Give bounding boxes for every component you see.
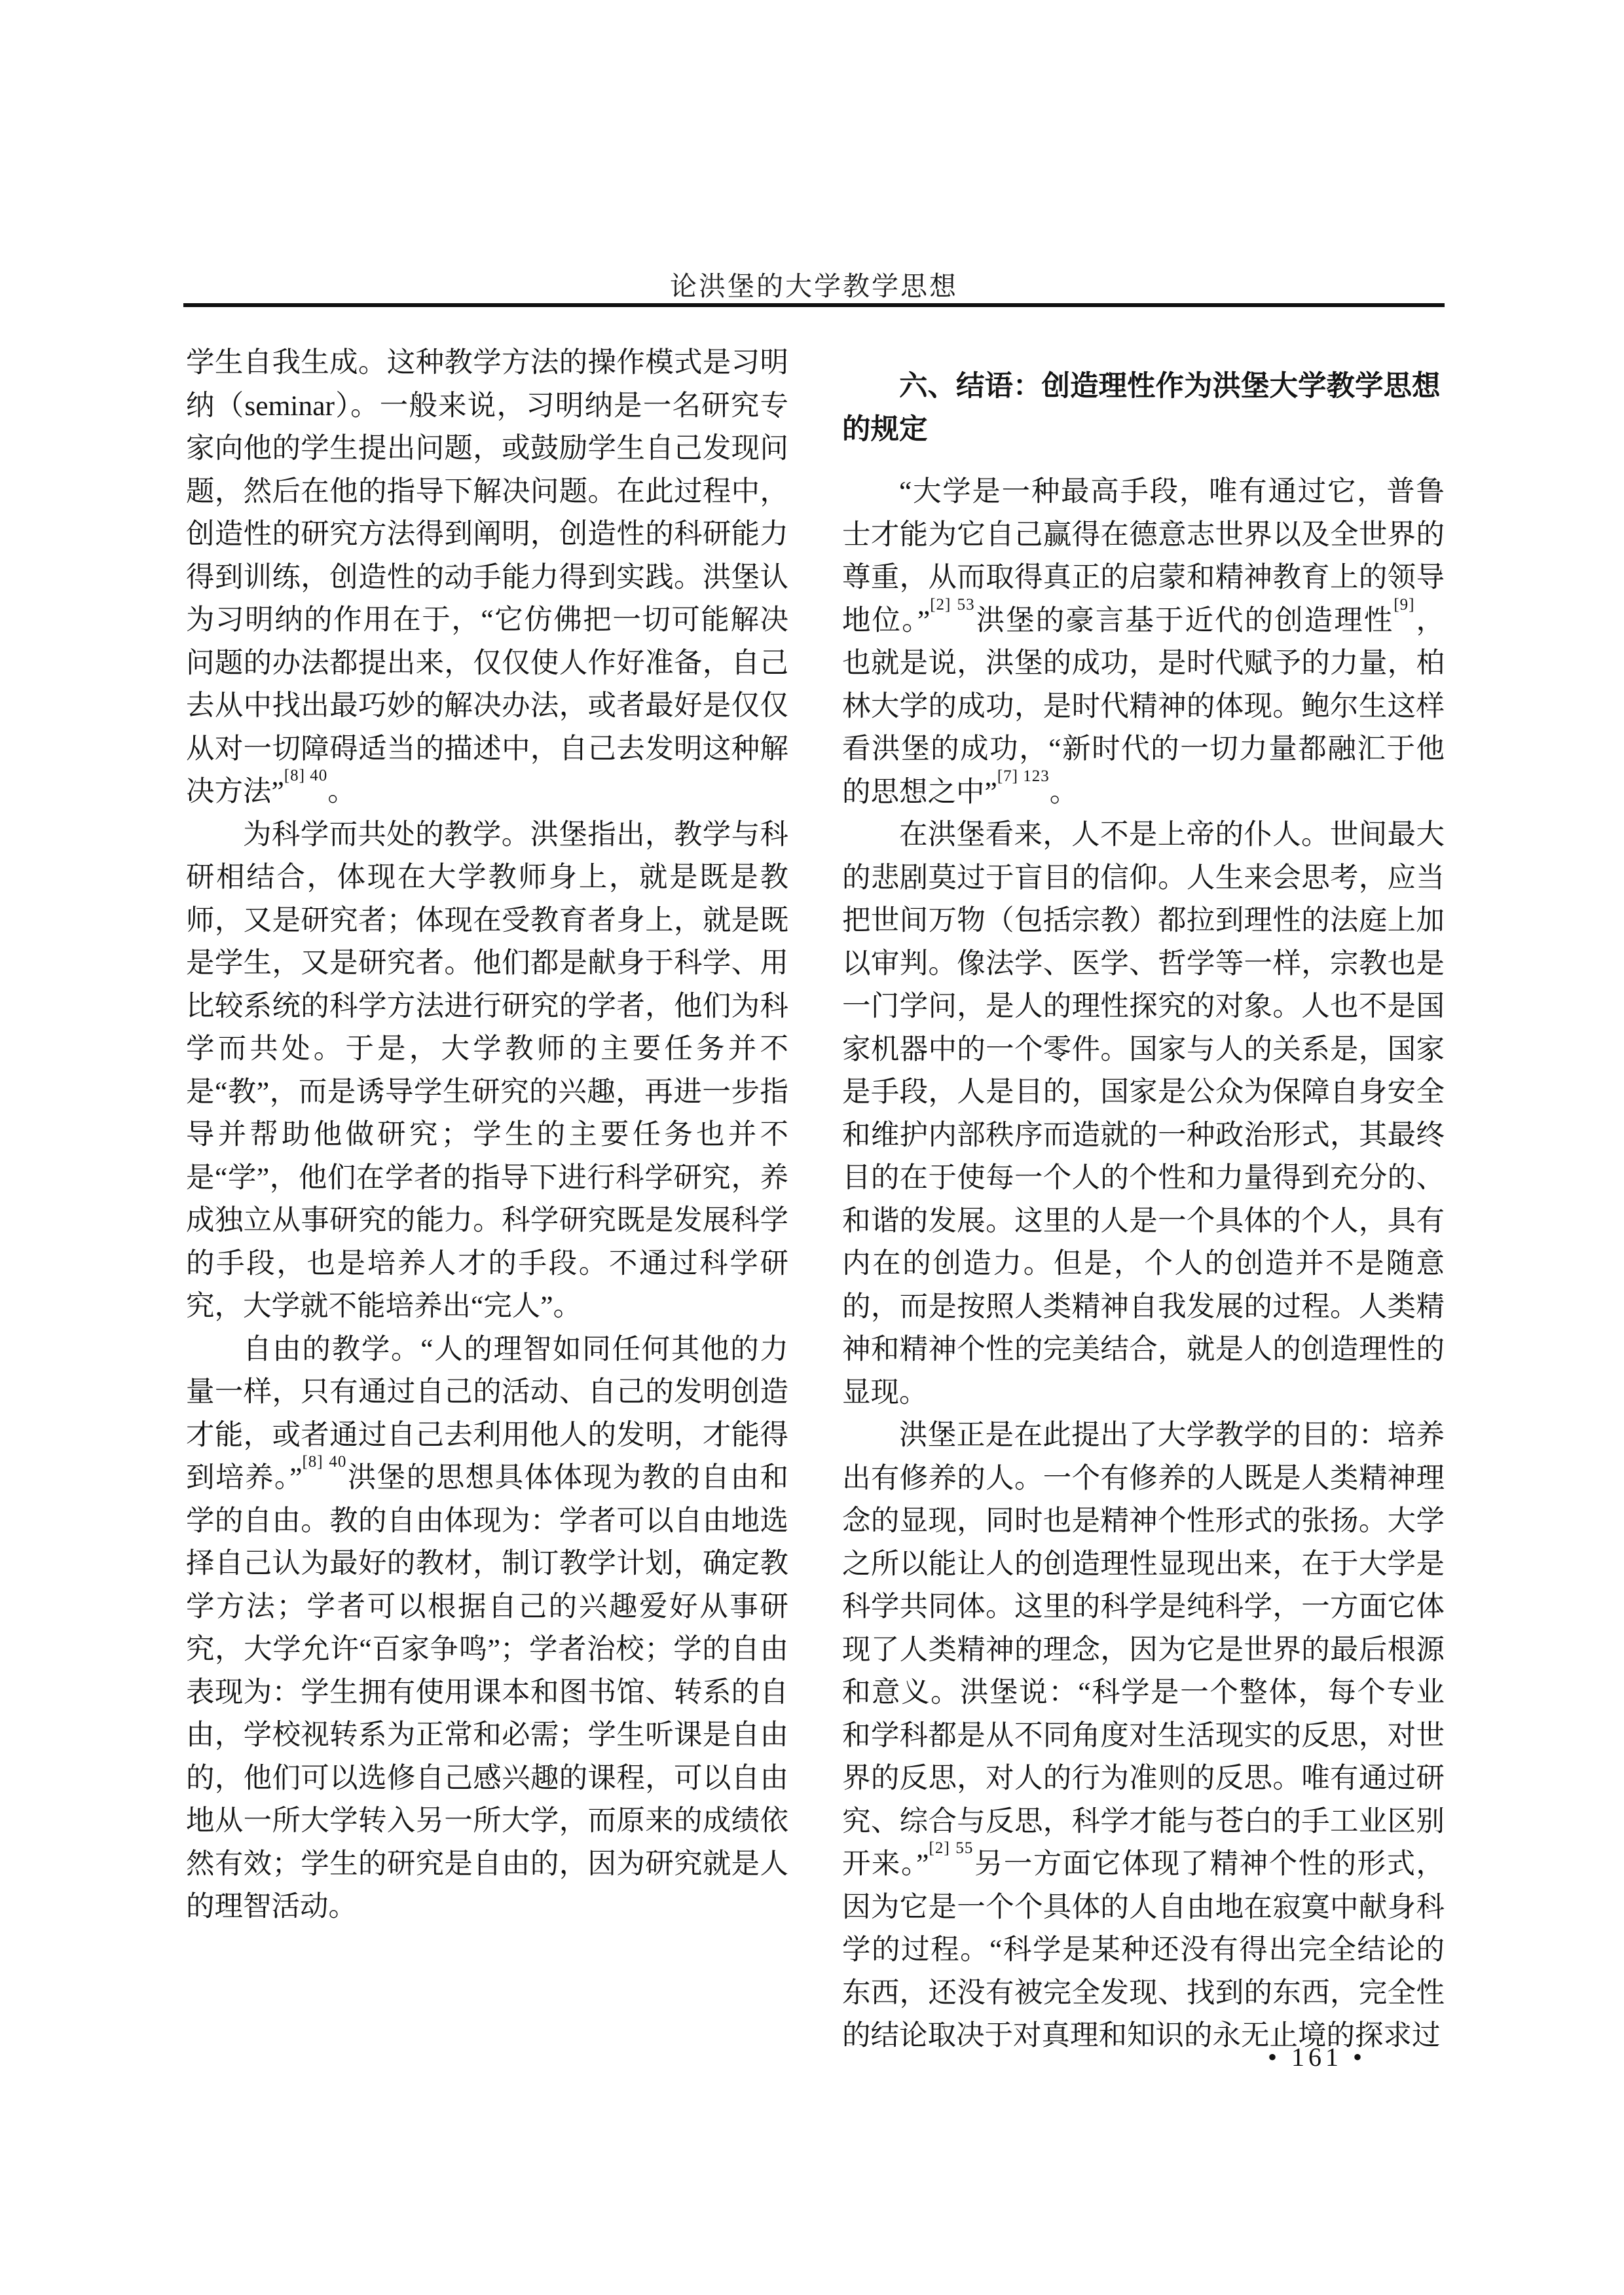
text-run: 学生自我生成。这种教学方法的操作模式是习明纳（seminar）。一般来说，习明纳… <box>186 347 788 807</box>
text-run: 洪堡正是在此提出了大学教学的目的：培养出有修养的人。一个有修养的人既是人类精神理… <box>842 1420 1445 1880</box>
scanned-paper-page: { "header": { "title": "论洪堡的大学教学思想" }, "… <box>0 0 1624 2295</box>
running-header-title: 论洪堡的大学教学思想 <box>183 265 1445 303</box>
page-number: • 161 • <box>842 2042 1405 2072</box>
text-run: 在洪堡看来，人不是上帝的仆人。世间最大的悲剧莫过于盲目的信仰。人生来会思考，应当… <box>842 819 1445 1408</box>
citation-marker: [7] 123 <box>997 767 1050 785</box>
paragraph: 在洪堡看来，人不是上帝的仆人。世间最大的悲剧莫过于盲目的信仰。人生来会思考，应当… <box>842 814 1445 1414</box>
text-run: 。 <box>1050 777 1079 808</box>
paragraph: 学生自我生成。这种教学方法的操作模式是习明纳（seminar）。一般来说，习明纳… <box>186 342 788 814</box>
text-run: 洪堡的豪言基于近代的创造理性 <box>975 605 1394 636</box>
text-run: 。 <box>327 776 356 807</box>
citation-marker: [9] <box>1393 596 1414 614</box>
paragraph: 洪堡正是在此提出了大学教学的目的：培养出有修养的人。一个有修养的人既是人类精神理… <box>842 1414 1445 2058</box>
paragraph: “大学是一种最高手段，唯有通过它，普鲁士才能为它自己赢得在德意志世界以及全世界的… <box>842 471 1445 814</box>
text-run: 六、结语：创造理性作为洪堡大学教学思想的规定 <box>842 371 1441 445</box>
text-run: 洪堡的思想具体体现为教的自由和学的自由。教的自由体现为：学者可以自由地选择自己认… <box>186 1462 788 1922</box>
right-column: 六、结语：创造理性作为洪堡大学教学思想的规定“大学是一种最高手段，唯有通过它，普… <box>842 342 1445 2058</box>
citation-marker: [2] 53 <box>930 596 974 614</box>
citation-marker: [8] 40 <box>302 1453 346 1471</box>
citation-marker: [2] 55 <box>929 1839 974 1857</box>
paragraph: 自由的教学。“人的理智如同任何其他的力量一样，只有通过自己的活动、自己的发明创造… <box>186 1329 788 1929</box>
section-heading: 六、结语：创造理性作为洪堡大学教学思想的规定 <box>842 365 1445 451</box>
text-run: 另一方面它体现了精神个性的形式，因为它是一个个具体的人自由地在寂寞中献身科学的过… <box>842 1848 1445 2051</box>
paragraph: 为科学而共处的教学。洪堡指出，教学与科研相结合，体现在大学教师身上，就是既是教师… <box>186 814 788 1329</box>
citation-marker: [8] 40 <box>284 767 327 784</box>
header-rule <box>183 303 1445 307</box>
left-column: 学生自我生成。这种教学方法的操作模式是习明纳（seminar）。一般来说，习明纳… <box>186 342 788 1929</box>
text-run: 为科学而共处的教学。洪堡指出，教学与科研相结合，体现在大学教师身上，就是既是教师… <box>186 819 788 1323</box>
